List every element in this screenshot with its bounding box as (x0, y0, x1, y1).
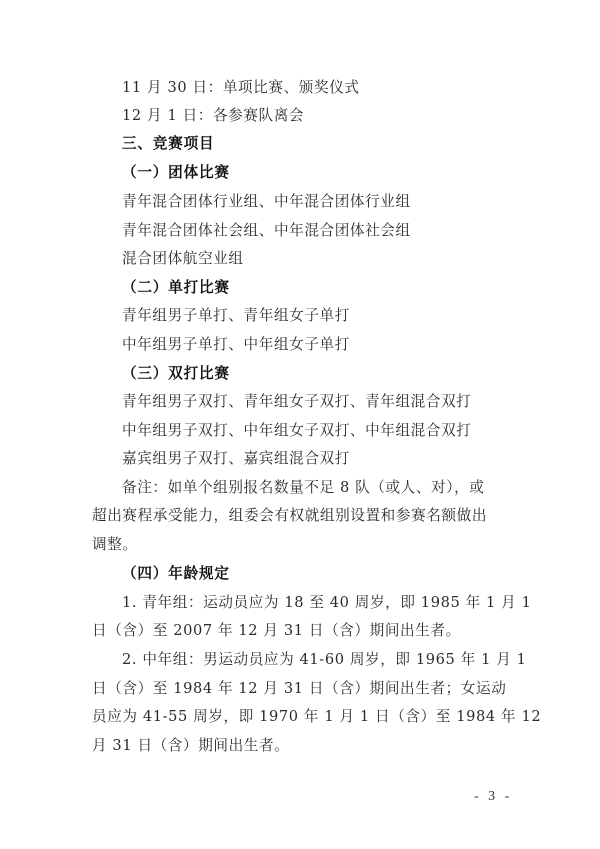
subsection-title: （二）单打比赛 (122, 278, 230, 298)
age-rule-line: 日（含）至 2007 年 12 月 31 日（含）期间出生者。 (92, 621, 461, 641)
list-item: 青年组男子双打、青年组女子双打、青年组混合双打 (122, 392, 471, 412)
subsection-title: （四）年龄规定 (122, 564, 230, 584)
document-page: 11 月 30 日：单项比赛、颁奖仪式 12 月 1 日：各参赛队离会 三、竞赛… (0, 0, 600, 849)
list-item: 中年组男子单打、中年组女子单打 (122, 335, 350, 355)
list-item: 青年混合团体行业组、中年混合团体行业组 (122, 192, 411, 212)
subsection-title: （一）团体比赛 (122, 163, 230, 183)
schedule-line: 12 月 1 日：各参赛队离会 (122, 106, 304, 126)
list-item: 青年组男子单打、青年组女子单打 (122, 306, 350, 326)
subsection-title: （三）双打比赛 (122, 364, 230, 384)
list-item: 青年混合团体社会组、中年混合团体社会组 (122, 221, 411, 241)
age-rule-line: 月 31 日（含）期间出生者。 (92, 736, 289, 756)
age-rule-line: 员应为 41-55 周岁，即 1970 年 1 月 1 日（含）至 1984 年… (92, 707, 541, 727)
page-number: - 3 - (474, 789, 512, 805)
list-item: 嘉宾组男子双打、嘉宾组混合双打 (122, 449, 350, 469)
age-rule-line: 2. 中年组：男运动员应为 41-60 周岁，即 1965 年 1 月 1 (122, 650, 527, 670)
list-item: 混合团体航空业组 (122, 249, 244, 269)
age-rule-line: 日（含）至 1984 年 12 月 31 日（含）期间出生者；女运动 (92, 679, 506, 699)
schedule-line: 11 月 30 日：单项比赛、颁奖仪式 (122, 78, 360, 98)
section-title: 三、竞赛项目 (122, 134, 214, 154)
note-line: 备注：如单个组别报名数量不足 8 队（或人、对），或 (122, 478, 508, 498)
list-item: 中年组男子双打、中年组女子双打、中年组混合双打 (122, 421, 471, 441)
age-rule-line: 1. 青年组：运动员应为 18 至 40 周岁，即 1985 年 1 月 1 (122, 593, 531, 613)
note-line: 超出赛程承受能力，组委会有权就组别设置和参赛名额做出 (92, 506, 487, 526)
note-line: 调整。 (92, 535, 138, 555)
